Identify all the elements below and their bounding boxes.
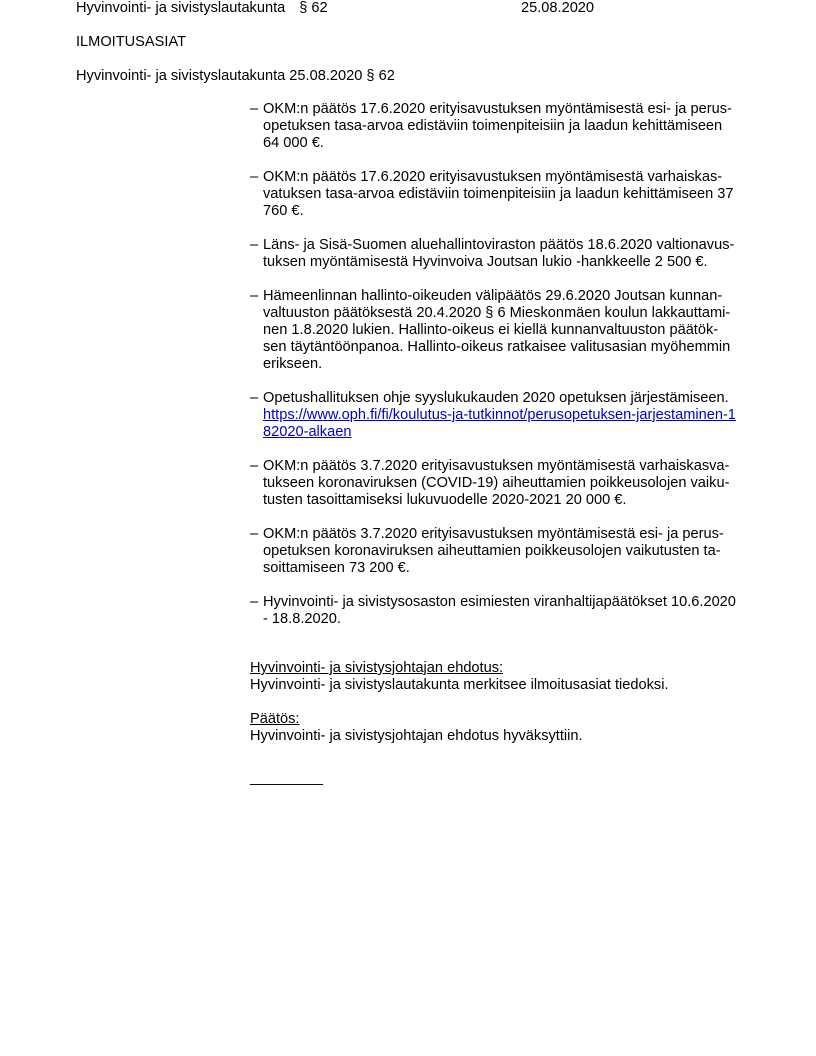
bullet-dash: – [250,458,258,475]
list-item-text-line: opetuksen koronaviruksen aiheuttamien po… [263,543,745,560]
bullet-dash: – [250,594,258,611]
bullet-dash: – [250,101,258,118]
list-item: –Hyvinvointi- ja sivistysosaston esimies… [250,594,745,628]
list-item-text-line: soittamiseen 73 200 €. [263,560,745,577]
list-item: –OKM:n päätös 3.7.2020 erityisavustuksen… [250,526,745,577]
bullet-dash: – [250,288,258,305]
proposal-text: Hyvinvointi- ja sivistyslautakunta merki… [250,677,669,694]
list-item: –Opetushallituksen ohje syyslukukauden 2… [250,390,745,441]
list-item-text-line: OKM:n päätös 3.7.2020 erityisavustuksen … [263,526,745,543]
list-item-text-line: tusten tasoittamiseksi lukuvuodelle 2020… [263,492,745,509]
meeting-subheader: Hyvinvointi- ja sivistyslautakunta 25.08… [76,68,395,85]
header-committee: Hyvinvointi- ja sivistyslautakunta§ 62 [76,0,328,17]
list-item-text-line: 760 €. [263,203,745,220]
bullet-dash: – [250,237,258,254]
list-item: –Läns- ja Sisä-Suomen aluehallintovirast… [250,237,745,271]
decision-text: Hyvinvointi- ja sivistysjohtajan ehdotus… [250,728,669,745]
list-item-text-line: tuksen myöntämisestä Hyvinvoiva Joutsan … [263,254,745,271]
list-item-text-line: opetuksen tasa-arvoa edistäviin toimenpi… [263,118,745,135]
list-item-text-line: Läns- ja Sisä-Suomen aluehallintovirasto… [263,237,745,254]
list-item-text-line: OKM:n päätös 3.7.2020 erityisavustuksen … [263,458,745,475]
header-date: 25.08.2020 [521,0,594,17]
header-section-number: § 62 [299,0,327,16]
bullet-dash: – [250,526,258,543]
list-item-text-line: sen täytäntöönpanoa. Hallinto-oikeus rat… [263,339,745,356]
header-committee-name: Hyvinvointi- ja sivistyslautakunta [76,0,285,16]
list-item: –Hämeenlinnan hallinto-oikeuden välipäät… [250,288,745,373]
notice-items-list: –OKM:n päätös 17.6.2020 erityisavustukse… [250,101,745,645]
list-item: –OKM:n päätös 17.6.2020 erityisavustukse… [250,101,745,152]
list-item-text-line: Hyvinvointi- ja sivistysosaston esimiest… [263,594,745,611]
bullet-dash: – [250,390,258,407]
list-item-text-line: valtuuston päätöksestä 20.4.2020 § 6 Mie… [263,305,745,322]
list-item: –OKM:n päätös 3.7.2020 erityisavustuksen… [250,458,745,509]
list-item-text-line: tukseen koronaviruksen (COVID-19) aiheut… [263,475,745,492]
proposal-block: Hyvinvointi- ja sivistysjohtajan ehdotus… [250,660,669,745]
list-item-text-line: vatuksen tasa-arvoa edistäviin toimenpit… [263,186,745,203]
section-title: ILMOITUSASIAT [76,34,186,51]
decision-heading: Päätös: [250,711,669,728]
oph-guidance-link[interactable]: 82020-alkaen [263,424,745,441]
list-item-text-line: nen 1.8.2020 lukien. Hallinto-oikeus ei … [263,322,745,339]
list-item-text-line: Opetushallituksen ohje syyslukukauden 20… [263,390,745,407]
oph-guidance-link[interactable]: https://www.oph.fi/fi/koulutus-ja-tutkin… [263,407,745,424]
list-item-text-line: Hämeenlinnan hallinto-oikeuden välipäätö… [263,288,745,305]
list-item-text-line: 64 000 €. [263,135,745,152]
proposal-heading: Hyvinvointi- ja sivistysjohtajan ehdotus… [250,660,669,677]
signature-line: _________ [250,770,323,787]
list-item-text-line: - 18.8.2020. [263,611,745,628]
bullet-dash: – [250,169,258,186]
list-item-text-line: OKM:n päätös 17.6.2020 erityisavustuksen… [263,169,745,186]
list-item: –OKM:n päätös 17.6.2020 erityisavustukse… [250,169,745,220]
list-item-text-line: OKM:n päätös 17.6.2020 erityisavustuksen… [263,101,745,118]
list-item-text-line: erikseen. [263,356,745,373]
